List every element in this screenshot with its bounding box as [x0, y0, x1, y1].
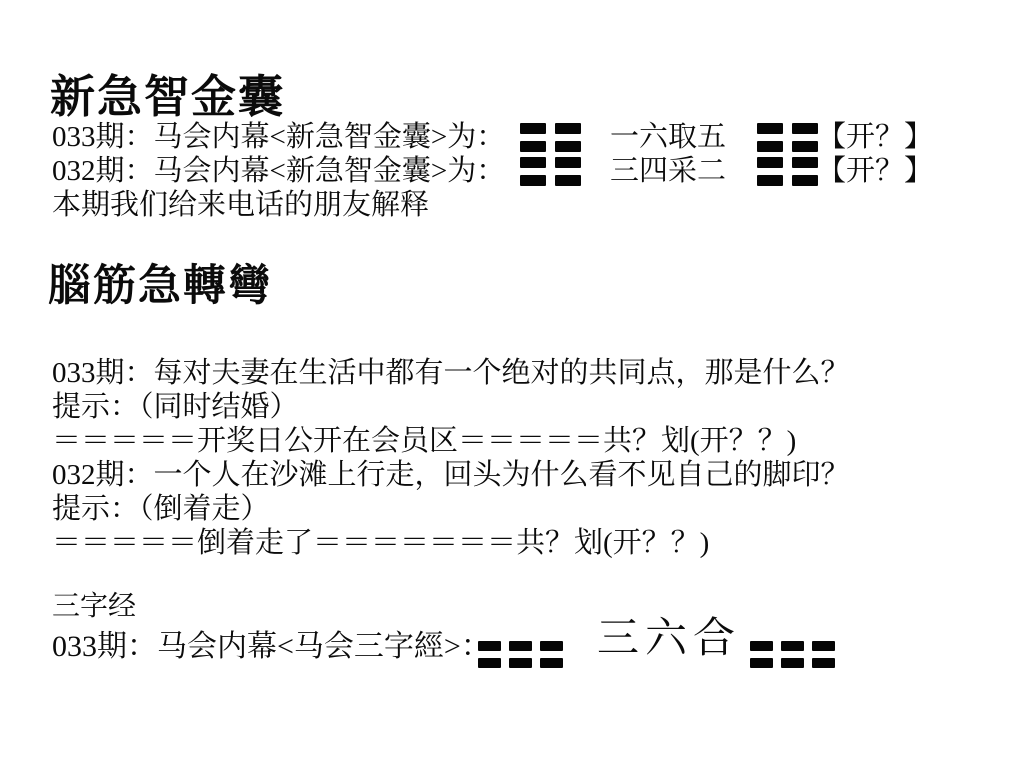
double-broken-bars-icon [520, 123, 581, 152]
naojin-hint-033: 提示：（同时结婚） [52, 390, 299, 424]
sanzijing-row-033: 033期：马会内幕<马会三字經>： 三六合 [52, 630, 491, 664]
double-broken-bars-icon [520, 157, 581, 186]
scanned-tip-sheet-page: 新急智金囊 033期：马会内幕<新急智金囊>为： 一六取五 【开？】 032期：… [0, 0, 1024, 781]
jinnang-row-033-hint: 一六取五 [610, 120, 726, 154]
jinnang-row-033-result: 【开？】 [817, 120, 933, 154]
jinnang-row-032-hint: 三四采二 [610, 154, 726, 188]
jinnang-row-033: 033期：马会内幕<新急智金囊>为： 一六取五 【开？】 [52, 120, 505, 154]
sanzijing-row-hint: 三六合 [597, 622, 741, 656]
sanzijing-subtitle: 三字经 [52, 590, 136, 624]
sanzijing-row-prefix: 033期：马会内幕<马会三字經>： [52, 630, 491, 663]
jinnang-row-032-prefix: 032期：马会内幕<新急智金囊>为： [52, 155, 505, 187]
section-jinnang-title: 新急智金囊 [50, 60, 285, 125]
triple-broken-bars-icon [478, 641, 563, 668]
naojin-answer-line-032: ＝＝＝＝＝倒着走了＝＝＝＝＝＝＝共？划(开？？) [52, 526, 709, 560]
naojin-answer-line-033: ＝＝＝＝＝开奖日公开在会员区＝＝＝＝＝共？划(开？？) [52, 424, 796, 458]
section-naojin-title: 腦筋急轉彎 [48, 252, 273, 313]
triple-broken-bars-icon [750, 641, 835, 668]
double-broken-bars-icon [757, 157, 818, 186]
naojin-question-033: 033期：每对夫妻在生活中都有一个绝对的共同点，那是什么？ [52, 356, 850, 390]
jinnang-row-033-prefix: 033期：马会内幕<新急智金囊>为： [52, 121, 505, 153]
naojin-question-032: 032期：一个人在沙滩上行走，回头为什么看不见自己的脚印？ [52, 458, 850, 492]
jinnang-note: 本期我们给来电话的朋友解释 [52, 188, 429, 222]
double-broken-bars-icon [757, 123, 818, 152]
jinnang-row-032-result: 【开？】 [817, 154, 933, 188]
jinnang-row-032: 032期：马会内幕<新急智金囊>为： 三四采二 【开？】 [52, 154, 505, 188]
naojin-hint-032: 提示：（倒着走） [52, 492, 270, 526]
